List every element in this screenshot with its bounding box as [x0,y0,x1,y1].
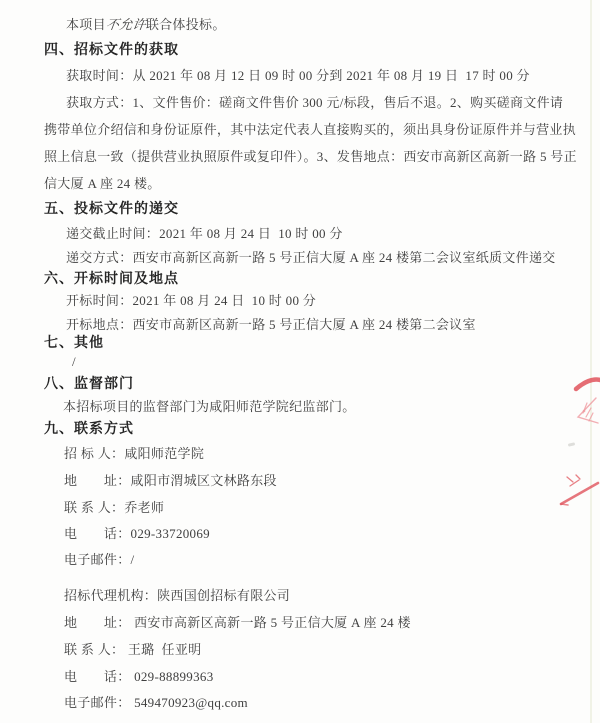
scanned-tender-document-page: 本项目不允许联合体投标。 四、招标文件的获取 获取时间：从 2021 年 08 … [0,0,600,723]
section5-submit-method: 递交方式：西安市高新区高新一路 5 号正信大厦 A 座 24 楼第二会议室纸质文… [66,250,556,266]
tenderer-phone-value: 029-33720069 [131,526,210,541]
tenderer-email-label: 电子邮件： [64,552,131,568]
section6-heading: 六、开标时间及地点 [44,270,179,287]
section6-open-time: 开标时间：2021 年 08 月 24 日 10 时 00 分 [66,293,316,309]
agency-contact-person-row: 联 系 人： 王璐 任亚明 [64,642,201,658]
agency-email-label: 电子邮件： [64,695,131,711]
agency-email-value: 549470923@qq.com [131,695,248,710]
red-pen-diagonal-stroke [561,483,598,504]
agency-name-label: 招标代理机构： [64,588,157,604]
agency-phone-label: 电 话： [64,669,131,685]
intro-prefix: 本项目 [66,17,106,32]
intro-emphasis-not-allowed: 不允许 [105,17,147,33]
section7-heading: 七、其他 [44,334,104,351]
tenderer-address-label: 地 址： [64,473,131,489]
agency-contact-person-value: 王璐 任亚明 [124,642,201,657]
agency-phone-value: 029-88899363 [131,669,214,684]
tenderer-email-row: 电子邮件：/ [64,552,134,568]
section4-obtain-time: 获取时间：从 2021 年 08 月 12 日 09 时 00 分到 2021 … [66,68,530,84]
red-pen-scribble-outline [578,398,598,423]
tenderer-name-row: 招 标 人：咸阳师范学院 [64,446,204,462]
tenderer-name-label: 招 标 人： [64,446,124,462]
red-pen-dot [583,410,586,413]
intro-suffix: 联合体投标。 [146,17,226,32]
tenderer-contact-person-row: 联 系 人：乔老师 [64,500,164,516]
red-pen-hook [561,504,568,505]
tenderer-phone-row: 电 话：029-33720069 [64,526,210,542]
red-pen-thick-stroke [576,379,600,389]
section8-content: 本招标项目的监督部门为咸阳师范学院纪监部门。 [63,399,356,415]
tenderer-phone-label: 电 话： [64,526,131,542]
tenderer-address-row: 地 址：咸阳市渭城区文林路东段 [64,473,277,489]
section8-heading: 八、监督部门 [44,375,134,392]
section7-content: / [72,354,76,370]
agency-address-row: 地 址： 西安市高新区高新一路 5 号正信大厦 A 座 24 楼 [64,615,411,631]
tenderer-address-value: 咸阳市渭城区文林路东段 [131,473,277,488]
section4-obtain-method-line3: 照上信息一致（提供营业执照原件或复印件）。3、发售地点：西安市高新区高新一路 5… [44,149,577,165]
agency-email-row: 电子邮件： 549470923@qq.com [64,695,248,711]
section5-deadline: 递交截止时间：2021 年 08 月 24 日 10 时 00 分 [66,226,343,242]
section4-heading: 四、招标文件的获取 [44,41,179,58]
tenderer-email-value: / [131,552,135,567]
section9-heading: 九、联系方式 [44,420,134,437]
tenderer-contact-person-label: 联 系 人： [64,500,124,516]
red-pen-small-scribble [567,475,580,486]
agency-address-label: 地 址： [64,615,131,631]
tenderer-contact-person-value: 乔老师 [124,500,164,515]
section6-open-place: 开标地点：西安市高新区高新一路 5 号正信大厦 A 座 24 楼第二会议室 [66,317,476,333]
red-pen-annotation [540,355,600,515]
section5-heading: 五、投标文件的递交 [44,200,179,217]
section4-obtain-method-line4: 信大厦 A 座 24 楼。 [44,176,161,192]
agency-contact-person-label: 联 系 人： [64,642,124,658]
intro-line: 本项目不允许联合体投标。 [66,17,226,33]
section4-obtain-method-line1: 获取方式：1、文件售价：磋商文件售价 300 元/标段，售后不退。2、购买磋商文… [66,95,563,111]
agency-name-row: 招标代理机构：陕西国创招标有限公司 [64,588,290,604]
tenderer-name-value: 咸阳师范学院 [124,446,204,461]
agency-name-value: 陕西国创招标有限公司 [157,588,290,603]
agency-address-value: 西安市高新区高新一路 5 号正信大厦 A 座 24 楼 [131,615,411,630]
agency-phone-row: 电 话： 029-88899363 [64,669,214,685]
section4-obtain-method-line2: 携带单位介绍信和身份证原件，其中法定代表人直接购买的，须出具身份证原件并与营业执 [44,122,576,138]
